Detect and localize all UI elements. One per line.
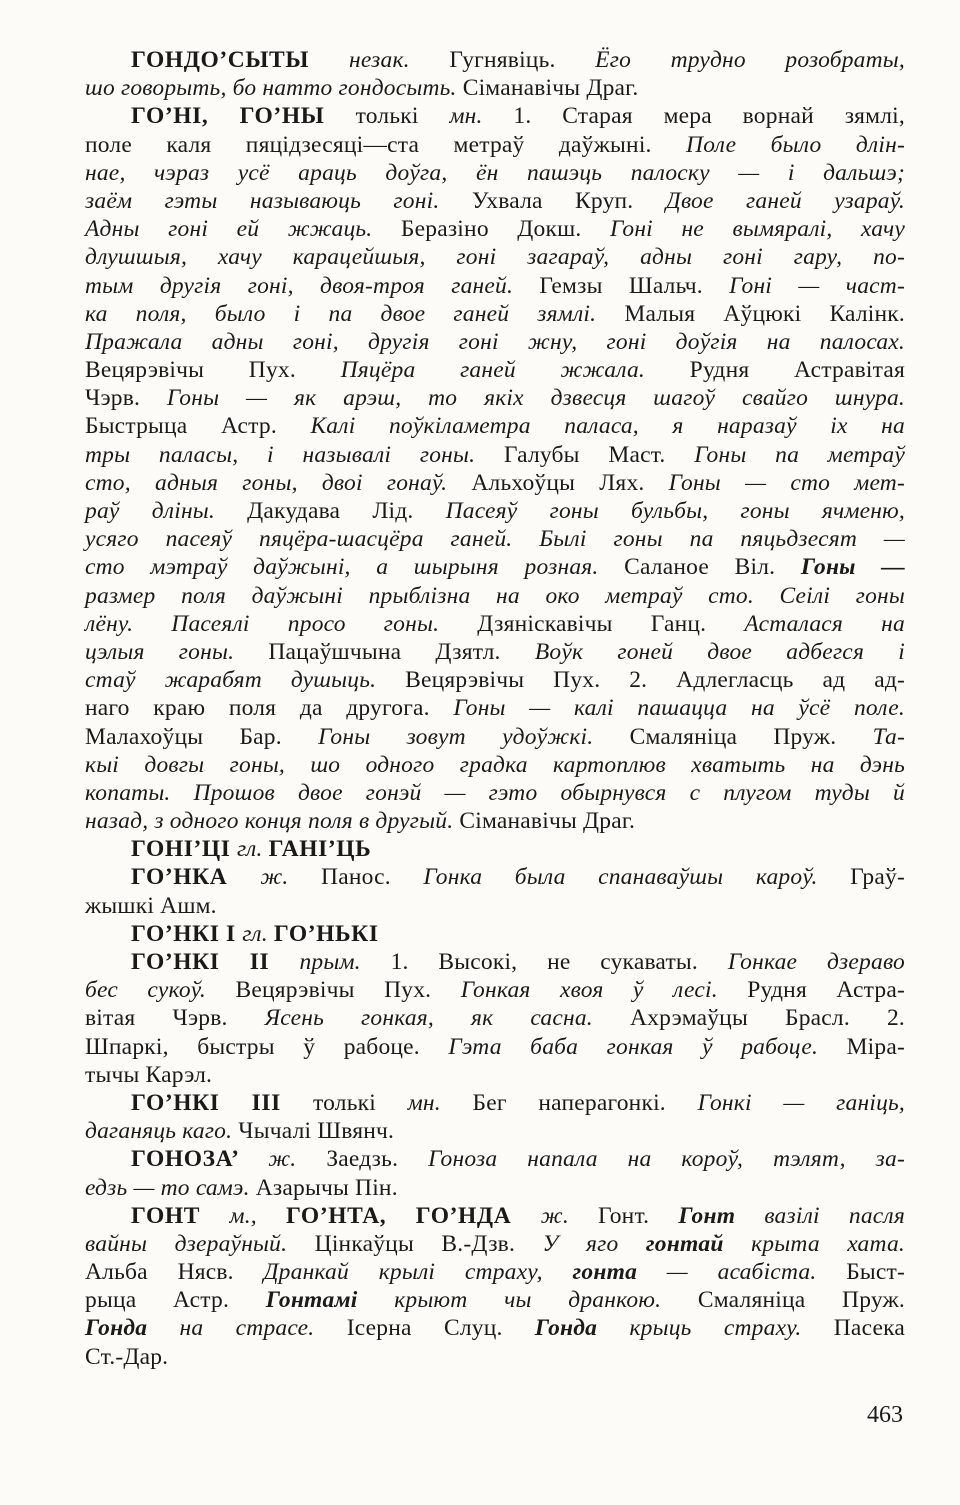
text-block: ГОНДО’СЫТЫ незак. Гугнявіць. Ёго трудно … <box>85 46 905 1371</box>
text-segment: заём гэты называюць гоні. <box>85 188 472 214</box>
text-segment: Рудня Астра- <box>747 977 905 1003</box>
text-segment: размер поля даўжыні прыблізна на око мет… <box>85 583 905 609</box>
text-segment: Беразіно Докш. <box>401 216 610 242</box>
text-segment: Вецярэвічы Пух. <box>235 977 460 1003</box>
text-segment: ГО’НЬКІ <box>274 921 379 947</box>
text-segment: Гонкая хвоя ў лесі. <box>461 977 748 1003</box>
text-segment: Двое ганей узараў. <box>666 188 905 214</box>
text-segment: ГОНТ <box>131 1203 230 1229</box>
text-line: ГОНТ м., ГО’НТА, ГО’НДА ж. Гонт. Гонт ва… <box>85 1202 905 1230</box>
text-line: размер поля даўжыні прыблізна на око мет… <box>85 582 905 610</box>
text-segment: Гоны — <box>801 554 905 580</box>
text-segment: Дранкай крылі страху, <box>264 1259 573 1285</box>
text-line: вайны дзераўный. Цінкаўцы В.-Дзв. У яго … <box>85 1230 905 1258</box>
text-line: заём гэты называюць гоні. Ухвала Круп. Д… <box>85 187 905 215</box>
text-segment: вітая Чэрв. <box>85 1005 265 1031</box>
text-segment: Гонкае дзераво <box>728 949 905 975</box>
text-segment: Чычалі Швянч. <box>238 1118 394 1144</box>
text-segment: Калі поўкіламетра паласа, я наразаў іх н… <box>311 413 906 439</box>
text-line: назад, з одного конця поля в другый. Сім… <box>85 807 905 835</box>
text-segment: Пасека <box>834 1315 905 1341</box>
text-segment: Поле было длін- <box>686 132 905 158</box>
text-segment: Гоны — сто мет- <box>669 470 905 496</box>
text-segment: гонта <box>573 1259 667 1285</box>
text-segment: назад, з одного конця поля в другый. <box>85 808 459 834</box>
text-segment: длушшыя, хачу карацейшыя, гоні загараў, … <box>85 244 905 270</box>
text-line: вітая Чэрв. Ясень гонкая, як сасна. Ахрэ… <box>85 1004 905 1032</box>
text-line: ГО’НКІ I гл. ГО’НЬКІ <box>85 920 905 948</box>
text-line: лёну. Пасеялі просо гоны. Дзяніскавічы Г… <box>85 610 905 638</box>
text-line: рыца Астр. Гонтамі крыют чы дранкою. Сма… <box>85 1286 905 1314</box>
text-line: цэлыя гоны. Пацаўшчына Дзятл. Воўк гоней… <box>85 638 905 666</box>
text-segment: крыць страху. <box>629 1315 833 1341</box>
text-segment: незак. <box>349 47 449 73</box>
text-segment: вайны дзераўный. <box>85 1231 315 1257</box>
text-segment: Панос. <box>321 864 423 890</box>
text-segment: 1. Старая мера ворнай зямлі, <box>513 103 905 129</box>
text-segment: Гонт <box>678 1203 764 1229</box>
text-segment: сто мэтраў даўжыні, а шырыня розная. <box>85 554 624 580</box>
text-line: копаты. Прошов двое гонэй — гэто обырнув… <box>85 779 905 807</box>
text-segment: Рудня Астравітая <box>690 357 905 383</box>
text-segment: Малахоўцы Бар. <box>85 724 318 750</box>
text-line: Шпаркі, быстры ў рабоце. Гэта баба гонка… <box>85 1033 905 1061</box>
text-segment: жышкі Ашм. <box>85 893 217 919</box>
text-segment: наго краю поля да другога. <box>85 695 453 721</box>
text-line: ГО’НКІ III толькі мн. Бег наперагонкі. Г… <box>85 1089 905 1117</box>
text-segment: ж. <box>541 1203 598 1229</box>
text-segment: Гонка была спанаваўшы кароў. <box>423 864 850 890</box>
text-segment: Гоны па метраў <box>694 442 905 468</box>
text-segment: ГАНІ’ЦЬ <box>269 836 372 862</box>
text-segment: Гэта баба гонкая ў рабоце. <box>448 1034 846 1060</box>
text-line: Альба Нясв. Дранкай крылі страху, гонта … <box>85 1258 905 1286</box>
text-segment: копаты. Прошов двое гонэй — гэто обырнув… <box>85 780 905 806</box>
text-segment: Смаляніца Пруж. <box>630 724 873 750</box>
text-line: стаў жарабят душыць. Вецярэвічы Пух. 2. … <box>85 666 905 694</box>
text-segment: даганяць каго. <box>85 1118 238 1144</box>
text-segment: Саланое Віл. <box>624 554 801 580</box>
text-segment: нае, чэраз усё араць доўга, ён пашэць па… <box>85 160 905 186</box>
text-line: Ст.-Дар. <box>85 1343 905 1371</box>
text-segment: Альхоўцы Лях. <box>471 470 668 496</box>
text-line: шо говорыть, бо натто гондосыть. Сіманав… <box>85 74 905 102</box>
text-segment: Вецярэвічы Пух. 2. Адлегласць ад ад- <box>405 667 905 693</box>
text-segment: Заедзь. <box>326 1146 428 1172</box>
text-line: Чэрв. Гоны — як арэш, то якіх дзвесця ша… <box>85 384 905 412</box>
text-segment: тым другія гоні, двоя-троя ганей. <box>85 273 539 299</box>
text-segment: бес сукоў. <box>85 977 235 1003</box>
text-line: сто мэтраў даўжыні, а шырыня розная. Сал… <box>85 553 905 581</box>
text-segment: Гоні — част- <box>729 273 905 299</box>
text-segment: поле каля пяцідзесяці—ста метраў даўжыні… <box>85 132 686 158</box>
text-segment: ГОНІ’ЦІ <box>131 836 237 862</box>
text-segment: ка поля, было і па двое ганей зямлі. <box>85 301 624 327</box>
text-segment: Пацаўшчына Дзятл. <box>268 639 534 665</box>
text-segment: Вецярэвічы Пух. <box>85 357 341 383</box>
text-segment: Сіманавічы Драг. <box>459 808 635 834</box>
text-segment: Пасеяў гоны бульбы, гоны ячменю, <box>446 498 905 524</box>
text-segment: Ухвала Круп. <box>472 188 666 214</box>
text-line: даганяць каго. Чычалі Швянч. <box>85 1117 905 1145</box>
text-segment: ГО’НКІ I <box>131 921 242 947</box>
text-segment: толькі <box>313 1090 408 1116</box>
text-segment: цэлыя гоны. <box>85 639 268 665</box>
text-line: Быстрыца Астр. Калі поўкіламетра паласа,… <box>85 412 905 440</box>
text-line: наго краю поля да другога. Гоны — калі п… <box>85 694 905 722</box>
text-segment: Ёго трудно розобраты, <box>595 47 905 73</box>
text-line: ГОНІ’ЦІ гл. ГАНІ’ЦЬ <box>85 835 905 863</box>
text-segment: Гоноза напала на короў, тэлят, за- <box>428 1146 905 1172</box>
text-segment: Азарычы Пін. <box>256 1175 398 1201</box>
text-segment: стаў жарабят душыць. <box>85 667 405 693</box>
text-segment: едзь — то самэ. <box>85 1175 256 1201</box>
text-segment: Гоны — як арэш, то якіх дзвесця шагоў св… <box>167 385 905 411</box>
text-segment: мн. <box>449 103 513 129</box>
text-segment: толькі <box>356 103 450 129</box>
text-segment: вазілі пасля <box>764 1203 905 1229</box>
text-segment: м., <box>230 1203 286 1229</box>
text-line: раў дліны. Дакудава Лід. Пасеяў гоны бул… <box>85 497 905 525</box>
text-segment: ГО’НКІ II <box>131 949 299 975</box>
text-segment: Гугнявіць. <box>449 47 595 73</box>
text-segment: Гонкі — ганіць, <box>698 1090 905 1116</box>
text-segment: — асабіста. <box>667 1259 846 1285</box>
text-line: Пражала адны гоні, другія гоні жну, гоні… <box>85 328 905 356</box>
text-segment: Ісерна Слуц. <box>347 1315 535 1341</box>
text-segment: Цінкаўцы В.-Дзв. <box>315 1231 543 1257</box>
text-segment: ГО’НТА, ГО’НДА <box>286 1203 541 1229</box>
text-segment: Асталася на <box>744 611 905 637</box>
text-segment: Адны гоні ей жжаць. <box>85 216 401 242</box>
text-line: сто, адныя гоны, двоі гонаў. Альхоўцы Ля… <box>85 469 905 497</box>
text-segment: Ст.-Дар. <box>85 1344 168 1370</box>
text-line: ГО’НКІ II прым. 1. Высокі, не сукаваты. … <box>85 948 905 976</box>
text-segment: ГОНОЗА’ <box>131 1146 268 1172</box>
text-segment: гонтай <box>646 1231 751 1257</box>
text-segment: Быстрыца Астр. <box>85 413 311 439</box>
text-segment: на страсе. <box>180 1315 347 1341</box>
text-segment: Міра- <box>847 1034 905 1060</box>
text-segment: У яго <box>543 1231 646 1257</box>
text-segment: Чэрв. <box>85 385 167 411</box>
text-line: нае, чэраз усё араць доўга, ён пашэць па… <box>85 159 905 187</box>
text-segment: мн. <box>408 1090 473 1116</box>
text-line: ка поля, было і па двое ганей зямлі. Мал… <box>85 300 905 328</box>
text-line: ГОНОЗА’ ж. Заедзь. Гоноза напала на коро… <box>85 1145 905 1173</box>
text-line: тым другія гоні, двоя-троя ганей. Гемзы … <box>85 272 905 300</box>
text-segment: Шпаркі, быстры ў рабоце. <box>85 1034 448 1060</box>
text-line: Гонда на страсе. Ісерна Слуц. Гонда крыц… <box>85 1314 905 1342</box>
text-segment: Ахрэмаўцы Брасл. 2. <box>630 1005 905 1031</box>
text-segment: кыі довгы гоны, шо одного градка картопл… <box>85 752 905 778</box>
text-segment: Пяцёра ганей жжала. <box>341 357 690 383</box>
text-segment: Гонда <box>85 1315 180 1341</box>
text-segment: Малыя Аўцюкі Калінк. <box>624 301 905 327</box>
text-line: усяго пасеяў пяцёра-шасцёра ганей. Былі … <box>85 525 905 553</box>
text-segment: Та- <box>873 724 905 750</box>
text-segment: Воўк гоней двое адбегся і <box>535 639 905 665</box>
text-segment: ГО’НКА <box>131 864 260 890</box>
text-segment: Гонда <box>535 1315 630 1341</box>
text-segment: лёну. Пасеялі просо гоны. <box>85 611 477 637</box>
text-line: Малахоўцы Бар. Гоны зовут удоўжкі. Смаля… <box>85 723 905 751</box>
text-segment: Ясень гонкая, як сасна. <box>265 1005 630 1031</box>
text-segment: шо говорыть, бо натто гондосыть. <box>85 75 463 101</box>
text-segment: гл. <box>242 921 274 947</box>
text-segment: Дакудава Лід. <box>247 498 445 524</box>
text-segment: крыют чы дранкою. <box>394 1287 698 1313</box>
text-line: едзь — то самэ. Азарычы Пін. <box>85 1174 905 1202</box>
text-segment: Дзяніскавічы Ганц. <box>477 611 744 637</box>
text-line: кыі довгы гоны, шо одного градка картопл… <box>85 751 905 779</box>
text-segment: рыца Астр. <box>85 1287 266 1313</box>
text-segment: тры паласы, і называлі гоны. <box>85 442 504 468</box>
text-segment: Смаляніца Пруж. <box>698 1287 905 1313</box>
text-segment: ГО’НКІ III <box>131 1090 313 1116</box>
text-segment: Бег наперагонкі. <box>473 1090 698 1116</box>
text-segment: Граў- <box>850 864 905 890</box>
text-segment: Гоны зовут удоўжкі. <box>318 724 630 750</box>
text-line: длушшыя, хачу карацейшыя, гоні загараў, … <box>85 243 905 271</box>
text-line: тры паласы, і называлі гоны. Галубы Маст… <box>85 441 905 469</box>
text-segment: раў дліны. <box>85 498 247 524</box>
text-segment: крыта хата. <box>751 1231 905 1257</box>
text-line: ГО’НКА ж. Панос. Гонка была спанаваўшы к… <box>85 863 905 891</box>
text-line: ГО’НІ, ГО’НЫ толькі мн. 1. Старая мера в… <box>85 102 905 130</box>
text-segment: ж. <box>260 864 321 890</box>
text-segment: Альба Нясв. <box>85 1259 264 1285</box>
text-line: поле каля пяцідзесяці—ста метраў даўжыні… <box>85 131 905 159</box>
text-segment: Сіманавічы Драг. <box>463 75 639 101</box>
text-segment: Галубы Маст. <box>504 442 694 468</box>
text-segment: Гоны — калі пашацца на ўсё поле. <box>453 695 905 721</box>
page-number: 463 <box>867 1402 903 1429</box>
text-segment: сто, адныя гоны, двоі гонаў. <box>85 470 471 496</box>
text-segment: Быст- <box>846 1259 905 1285</box>
text-segment: Гоні не вымяралі, хачу <box>610 216 905 242</box>
text-segment: тычы Карэл. <box>85 1062 212 1088</box>
text-segment: прым. <box>299 949 390 975</box>
text-segment: ж. <box>268 1146 326 1172</box>
text-segment: гл. <box>237 836 269 862</box>
text-segment: ГО’НІ, ГО’НЫ <box>131 103 356 129</box>
text-segment: Гонтамі <box>266 1287 395 1313</box>
text-line: ГОНДО’СЫТЫ незак. Гугнявіць. Ёго трудно … <box>85 46 905 74</box>
text-line: жышкі Ашм. <box>85 892 905 920</box>
text-segment: Пражала адны гоні, другія гоні жну, гоні… <box>85 329 905 355</box>
text-line: Вецярэвічы Пух. Пяцёра ганей жжала. Рудн… <box>85 356 905 384</box>
text-line: бес сукоў. Вецярэвічы Пух. Гонкая хвоя ў… <box>85 976 905 1004</box>
text-line: Адны гоні ей жжаць. Беразіно Докш. Гоні … <box>85 215 905 243</box>
text-segment: усяго пасеяў пяцёра-шасцёра ганей. Былі … <box>85 526 905 552</box>
dictionary-page: ГОНДО’СЫТЫ незак. Гугнявіць. Ёго трудно … <box>0 0 960 1505</box>
text-segment: Гонт. <box>598 1203 678 1229</box>
text-line: тычы Карэл. <box>85 1061 905 1089</box>
text-segment: 1. Высокі, не сукаваты. <box>391 949 728 975</box>
text-segment: ГОНДО’СЫТЫ <box>131 47 349 73</box>
text-segment: Гемзы Шальч. <box>539 273 729 299</box>
